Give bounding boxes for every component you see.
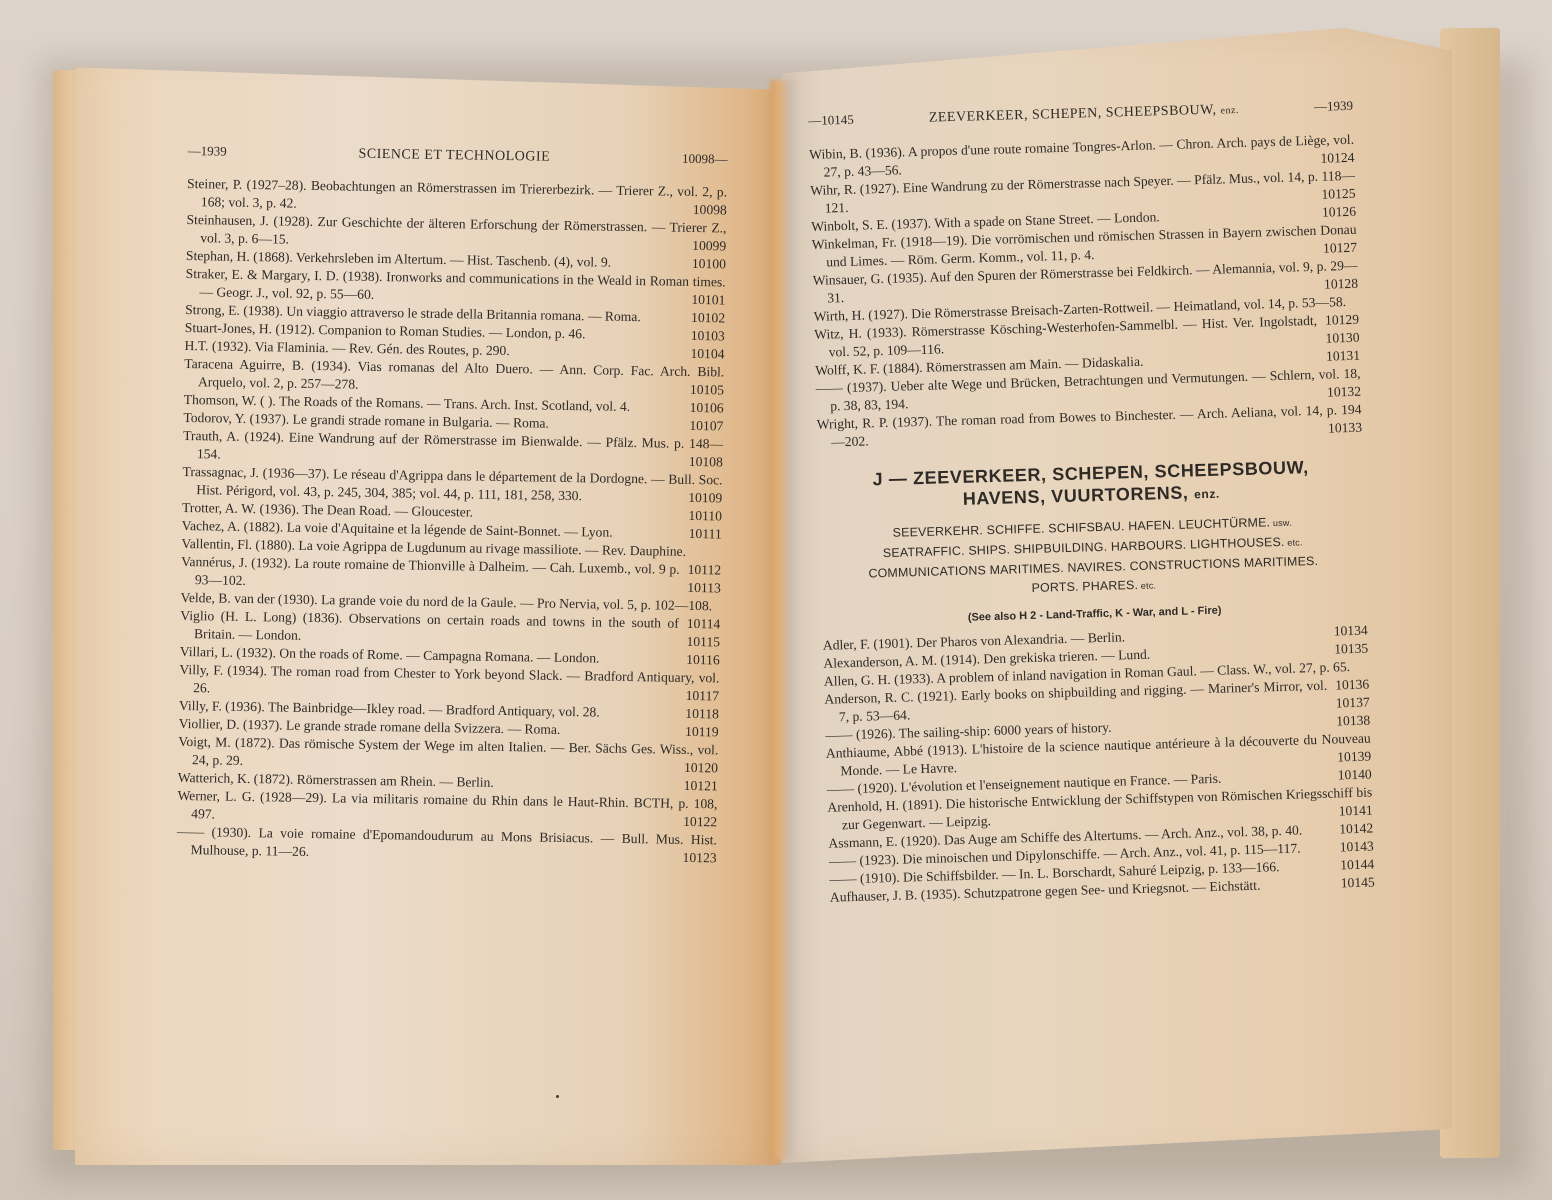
right-entry-list-after-section: Adler, F. (1901). Der Pharos von Alexand… — [823, 622, 1375, 907]
entry-number: 10098 — [693, 201, 727, 220]
entry-number: 10120 — [684, 759, 718, 778]
entry-number: 10125 — [1321, 185, 1355, 204]
section-heading-line2: HAVENS, VUURTORENS, — [963, 483, 1189, 509]
left-entry-list: Steiner, P. (1927–28). Beobachtungen an … — [177, 175, 728, 867]
entry-text: Straker, E. & Margary, I. D. (1938). Iro… — [186, 266, 726, 302]
entry-number: 10122 — [683, 813, 717, 832]
entry-number: 10143 — [1340, 837, 1374, 856]
section-subheadings: SEEVERKEHR. SCHIFFE. SCHIFSBAU. HAFEN. L… — [820, 511, 1367, 605]
entry-number: 10134 — [1333, 622, 1367, 641]
left-running-head: —1939 SCIENCE ET TECHNOLOGIE 10098— — [187, 128, 727, 169]
entry-number: 10124 — [1320, 149, 1354, 168]
entry-number: 10106 — [690, 399, 724, 418]
left-running-head-year: —1939 — [187, 142, 226, 161]
entry-number: 10117 — [686, 687, 720, 706]
entry-number: 10113 — [687, 579, 721, 598]
entry-number: 10130 — [1325, 329, 1359, 348]
entry-number: 10126 — [1322, 203, 1356, 222]
photo-scene: —1939 SCIENCE ET TECHNOLOGIE 10098— Stei… — [0, 0, 1552, 1200]
entry-number: 10132 — [1327, 383, 1361, 402]
entry-number: 10108 — [689, 453, 723, 472]
paper-speck — [556, 1095, 559, 1098]
entry-number: 10119 — [685, 723, 719, 742]
entry-number: 10100 — [692, 255, 726, 274]
entry-text: Taracena Aguirre, B. (1934). Vias romana… — [184, 356, 724, 392]
right-running-head-number: —10145 — [808, 111, 854, 130]
entry-number: 10102 — [691, 309, 725, 328]
right-running-head-suffix: enz. — [1220, 105, 1239, 117]
entry-number: 10137 — [1335, 694, 1369, 713]
entry-text: —— (1930). La voie romaine d'Epomandoudu… — [177, 824, 717, 859]
entry-number: 10141 — [1339, 802, 1373, 821]
entry-number: 10127 — [1323, 239, 1357, 258]
section-heading-suffix: enz. — [1194, 487, 1220, 502]
entry-number: 10101 — [691, 291, 725, 310]
subheading-suffix: etc. — [1284, 537, 1302, 547]
entry-number: 10110 — [688, 507, 722, 526]
left-page-text: —1939 SCIENCE ET TECHNOLOGIE 10098— Stei… — [177, 128, 728, 867]
book-gutter — [770, 80, 796, 1160]
right-entry-list-before-section: Wibin, B. (1936). A propos d'une route r… — [809, 131, 1362, 452]
section-heading: J — ZEEVERKEER, SCHEPEN, SCHEEPSBOUW, HA… — [818, 455, 1364, 516]
entry-number: 10138 — [1336, 712, 1370, 731]
entry-number: 10135 — [1334, 640, 1368, 659]
entry-number: 10107 — [689, 417, 723, 436]
subheading-suffix: usw. — [1270, 518, 1292, 529]
entry-text: Trassagnac, J. (1936—37). Le réseau d'Ag… — [182, 464, 722, 503]
entry-number: 10115 — [686, 633, 720, 652]
entry-number: 10099 — [692, 237, 726, 256]
entry-text: Trotter, A. W. (1936). The Dean Road. — … — [182, 500, 473, 520]
entry-number: 10140 — [1337, 766, 1371, 785]
entry-text: Vannérus, J. (1932). La route romaine de… — [181, 554, 680, 588]
left-running-head-title: SCIENCE ET TECHNOLOGIE — [358, 146, 550, 167]
entry-number: 10144 — [1340, 855, 1374, 874]
subheading-text: PORTS. PHARES. — [1031, 578, 1138, 595]
entry-number: 10103 — [691, 327, 725, 346]
entry-number: 10109 — [688, 489, 722, 508]
entry-number: 10128 — [1324, 275, 1358, 294]
entry-number: 10118 — [685, 705, 719, 724]
entry-number: 10111 — [689, 525, 722, 544]
entry-text: Steiner, P. (1927–28). Beobachtungen an … — [187, 176, 727, 211]
right-page-text: —10145 ZEEVERKEER, SCHEPEN, SCHEEPSBOUW,… — [808, 97, 1375, 907]
entry-number: 10139 — [1337, 748, 1371, 767]
subheading-suffix: etc. — [1138, 580, 1156, 590]
entry-number: 10104 — [690, 345, 724, 364]
entry-number: 10116 — [686, 651, 720, 670]
entry-number: 10142 — [1339, 820, 1373, 839]
entry-text: Viglio (H. L. Long) (1836). Observations… — [180, 608, 679, 643]
entry-number: 10123 — [682, 849, 716, 868]
entry-number: 10131 — [1326, 347, 1360, 366]
entry-number: 10145 — [1341, 873, 1375, 892]
entry-number: 10133 — [1328, 419, 1362, 438]
entry-number: 10121 — [684, 777, 718, 796]
right-running-head-year: —1939 — [1314, 97, 1353, 116]
left-running-head-number: 10098— — [682, 150, 728, 169]
entry-number: 10105 — [690, 381, 724, 400]
